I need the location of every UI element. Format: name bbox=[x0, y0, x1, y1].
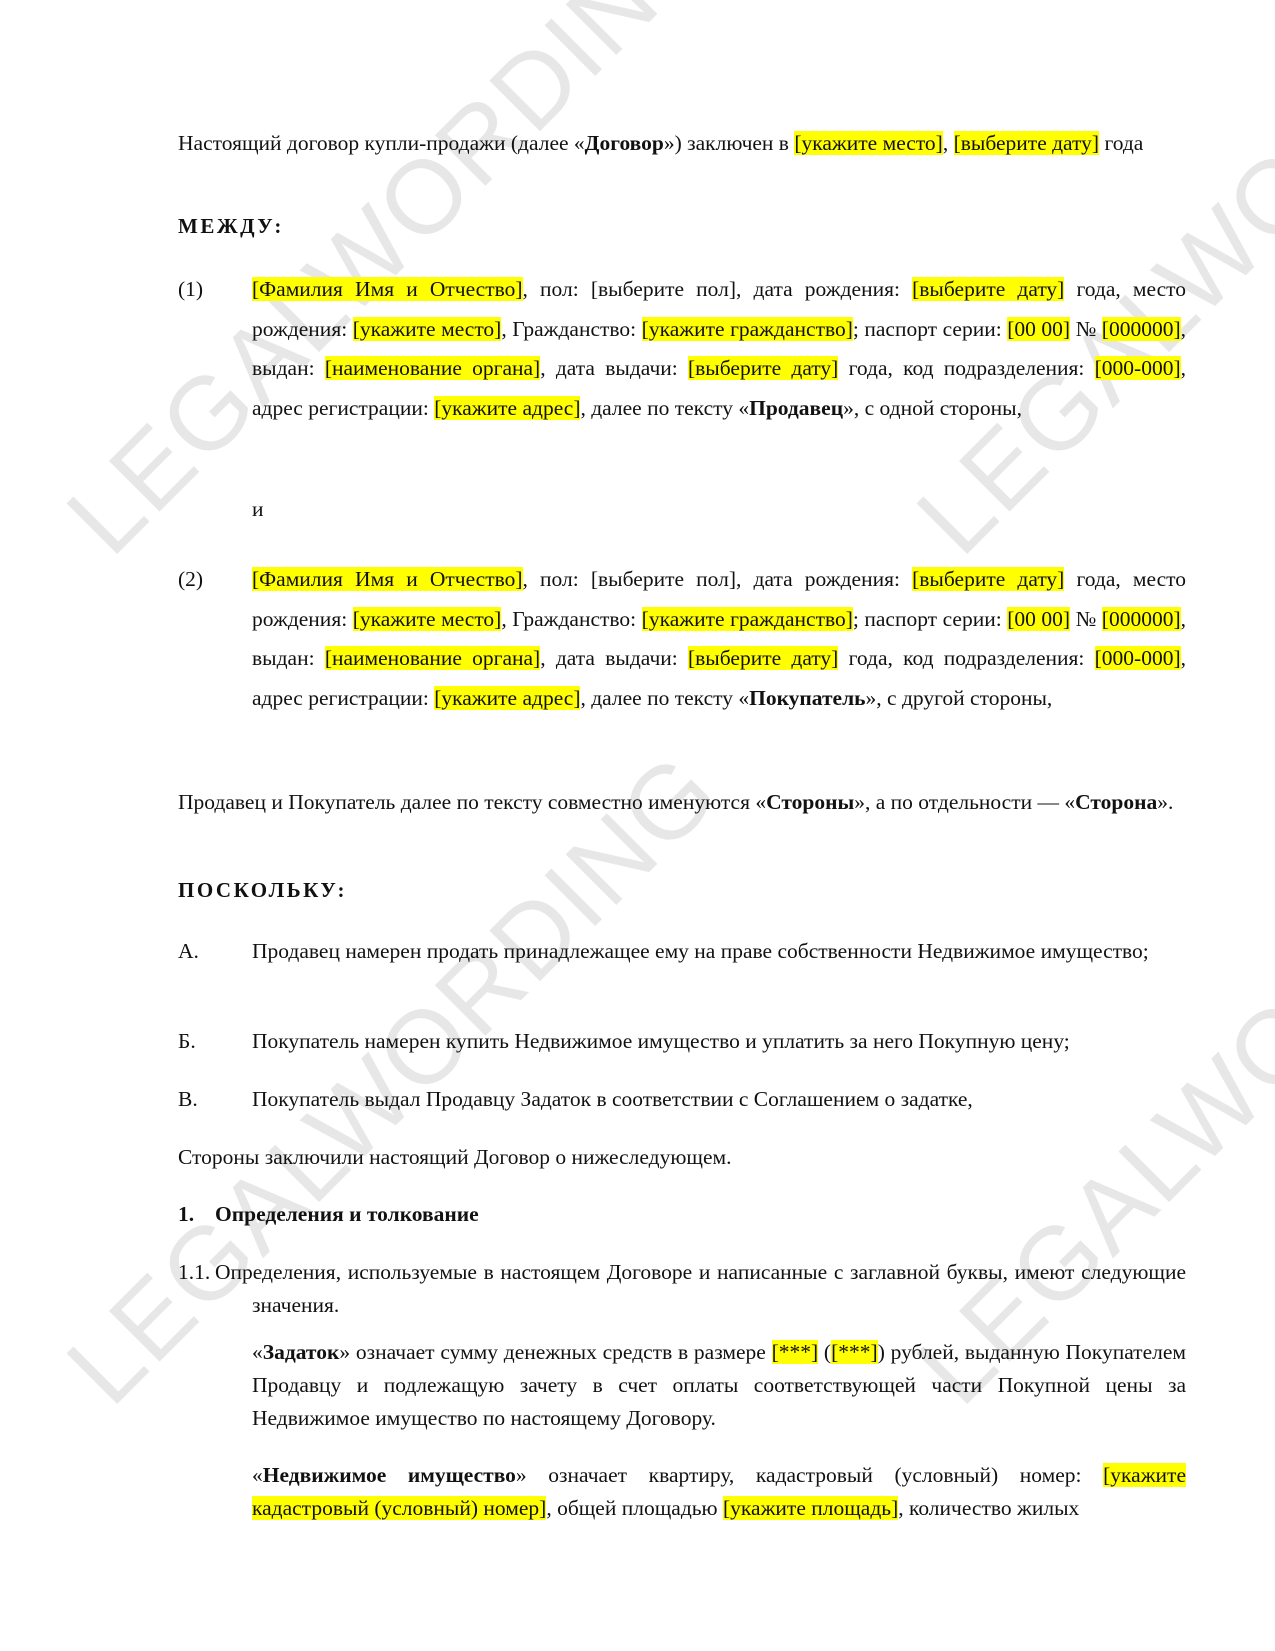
text: , дата выдачи: bbox=[540, 646, 688, 670]
text: , количество жилых bbox=[898, 1496, 1079, 1520]
placeholder-birth-place[interactable]: [укажите место] bbox=[353, 607, 502, 631]
text: , bbox=[943, 131, 954, 155]
placeholder-passport-number[interactable]: [000000] bbox=[1102, 317, 1181, 341]
text: », с одной стороны, bbox=[843, 396, 1022, 420]
text: , Гражданство: bbox=[501, 317, 641, 341]
text: ; паспорт серии: bbox=[853, 317, 1007, 341]
clause-number: 1.1. bbox=[178, 1256, 210, 1289]
definition-deposit: «Задаток» означает сумму денежных средст… bbox=[252, 1336, 1186, 1435]
placeholder-division-code[interactable]: [000-000] bbox=[1095, 646, 1181, 670]
placeholder-issue-date[interactable]: [выберите дату] bbox=[688, 646, 838, 670]
clause-1-1: 1.1. Определения, используемые в настоящ… bbox=[178, 1256, 1186, 1322]
placeholder-citizenship[interactable]: [укажите гражданство] bbox=[642, 607, 853, 631]
party-number: (1) bbox=[178, 270, 203, 310]
conclusion-paragraph: Стороны заключили настоящий Договор о ни… bbox=[178, 1141, 1186, 1174]
party-details: [Фамилия Имя и Отчество], пол: [выберите… bbox=[252, 270, 1186, 428]
intro-paragraph: Настоящий договор купли-продажи (далее «… bbox=[178, 128, 1186, 159]
placeholder-passport-series[interactable]: [00 00] bbox=[1007, 317, 1070, 341]
section-heading: 1.Определения и толкование bbox=[178, 1198, 1186, 1231]
text: года bbox=[1099, 131, 1143, 155]
text: ; паспорт серии: bbox=[853, 607, 1007, 631]
defined-term-parties: Стороны bbox=[766, 790, 854, 814]
text: , дата рождения: bbox=[736, 277, 912, 301]
text: Продавец и Покупатель далее по тексту со… bbox=[178, 790, 766, 814]
text: Настоящий договор купли-продажи (далее « bbox=[178, 131, 585, 155]
placeholder-passport-number[interactable]: [000000] bbox=[1102, 607, 1181, 631]
placeholder-address[interactable]: [укажите адрес] bbox=[434, 686, 580, 710]
defined-term-contract: Договор bbox=[585, 131, 664, 155]
section-title: Определения и толкование bbox=[215, 1202, 479, 1226]
defined-term-seller: Продавец bbox=[749, 396, 843, 420]
placeholder-sex[interactable]: [выберите пол] bbox=[591, 567, 736, 591]
text: » означает сумму денежных средств в разм… bbox=[339, 1340, 771, 1364]
text: , Гражданство: bbox=[501, 607, 641, 631]
placeholder-issuing-authority[interactable]: [наименование органа] bbox=[325, 356, 540, 380]
recital-letter: А. bbox=[178, 935, 199, 968]
text: № bbox=[1070, 317, 1102, 341]
text: года, код подразделения: bbox=[838, 356, 1094, 380]
text: ( bbox=[818, 1340, 831, 1364]
placeholder-birth-date[interactable]: [выберите дату] bbox=[912, 277, 1064, 301]
watermark: LEGALWORDING bbox=[895, 731, 1275, 1427]
placeholder-birth-date[interactable]: [выберите дату] bbox=[912, 567, 1064, 591]
text: , дата рождения: bbox=[736, 567, 912, 591]
text: ») заключен в bbox=[664, 131, 795, 155]
text: » означает квартиру, кадастровый (условн… bbox=[516, 1463, 1103, 1487]
placeholder-area[interactable]: [укажите площадь] bbox=[723, 1496, 898, 1520]
placeholder-sex[interactable]: [выберите пол] bbox=[591, 277, 736, 301]
text: , далее по тексту « bbox=[580, 686, 749, 710]
recital-letter: Б. bbox=[178, 1025, 196, 1058]
party-details: [Фамилия Имя и Отчество], пол: [выберите… bbox=[252, 560, 1186, 718]
text: « bbox=[252, 1463, 263, 1487]
defined-term-party: Сторона bbox=[1075, 790, 1157, 814]
placeholder-amount-words[interactable]: [***] bbox=[831, 1340, 878, 1364]
definition-property: «Недвижимое имущество» означает квартиру… bbox=[252, 1459, 1186, 1525]
text: », а по отдельности — « bbox=[854, 790, 1075, 814]
text: ». bbox=[1157, 790, 1173, 814]
heading-between: МЕЖДУ: bbox=[178, 214, 1186, 239]
placeholder-place[interactable]: [укажите место] bbox=[794, 131, 943, 155]
party-number: (2) bbox=[178, 560, 203, 600]
text: « bbox=[252, 1340, 263, 1364]
text: », с другой стороны, bbox=[866, 686, 1053, 710]
clause-text: Определения, используемые в настоящем До… bbox=[215, 1260, 1186, 1317]
placeholder-full-name[interactable]: [Фамилия Имя и Отчество] bbox=[252, 277, 523, 301]
recital-text: Покупатель выдал Продавцу Задаток в соот… bbox=[252, 1083, 1186, 1116]
recital-letter: В. bbox=[178, 1083, 198, 1116]
placeholder-full-name[interactable]: [Фамилия Имя и Отчество] bbox=[252, 567, 523, 591]
conjunction-and: и bbox=[252, 497, 264, 522]
recital-text: Продавец намерен продать принадлежащее е… bbox=[252, 935, 1186, 968]
defined-term-property: Недвижимое имущество bbox=[263, 1463, 516, 1487]
text: , пол: bbox=[523, 277, 591, 301]
placeholder-date[interactable]: [выберите дату] bbox=[954, 131, 1099, 155]
placeholder-issuing-authority[interactable]: [наименование органа] bbox=[325, 646, 540, 670]
document-page: LEGALWORDING LEGALWORDING LEGALWORDING L… bbox=[0, 0, 1275, 1651]
text: , пол: bbox=[523, 567, 591, 591]
text: года, код подразделения: bbox=[838, 646, 1094, 670]
placeholder-birth-place[interactable]: [укажите место] bbox=[353, 317, 502, 341]
recital-text: Покупатель намерен купить Недвижимое иму… bbox=[252, 1025, 1186, 1058]
defined-term-deposit: Задаток bbox=[263, 1340, 340, 1364]
placeholder-issue-date[interactable]: [выберите дату] bbox=[688, 356, 838, 380]
parties-definition-paragraph: Продавец и Покупатель далее по тексту со… bbox=[178, 786, 1186, 819]
defined-term-buyer: Покупатель bbox=[749, 686, 865, 710]
placeholder-division-code[interactable]: [000-000] bbox=[1095, 356, 1181, 380]
placeholder-citizenship[interactable]: [укажите гражданство] bbox=[642, 317, 853, 341]
heading-whereas: ПОСКОЛЬКУ: bbox=[178, 878, 1186, 903]
watermark: LEGALWORDING bbox=[45, 731, 741, 1427]
placeholder-amount-digits[interactable]: [***] bbox=[772, 1340, 819, 1364]
section-number: 1. bbox=[178, 1198, 215, 1231]
text: , далее по тексту « bbox=[580, 396, 749, 420]
text: № bbox=[1070, 607, 1102, 631]
clause-body: Определения, используемые в настоящем До… bbox=[178, 1256, 1186, 1322]
text: , общей площадью bbox=[546, 1496, 723, 1520]
text: , дата выдачи: bbox=[540, 356, 688, 380]
placeholder-address[interactable]: [укажите адрес] bbox=[434, 396, 580, 420]
placeholder-passport-series[interactable]: [00 00] bbox=[1007, 607, 1070, 631]
